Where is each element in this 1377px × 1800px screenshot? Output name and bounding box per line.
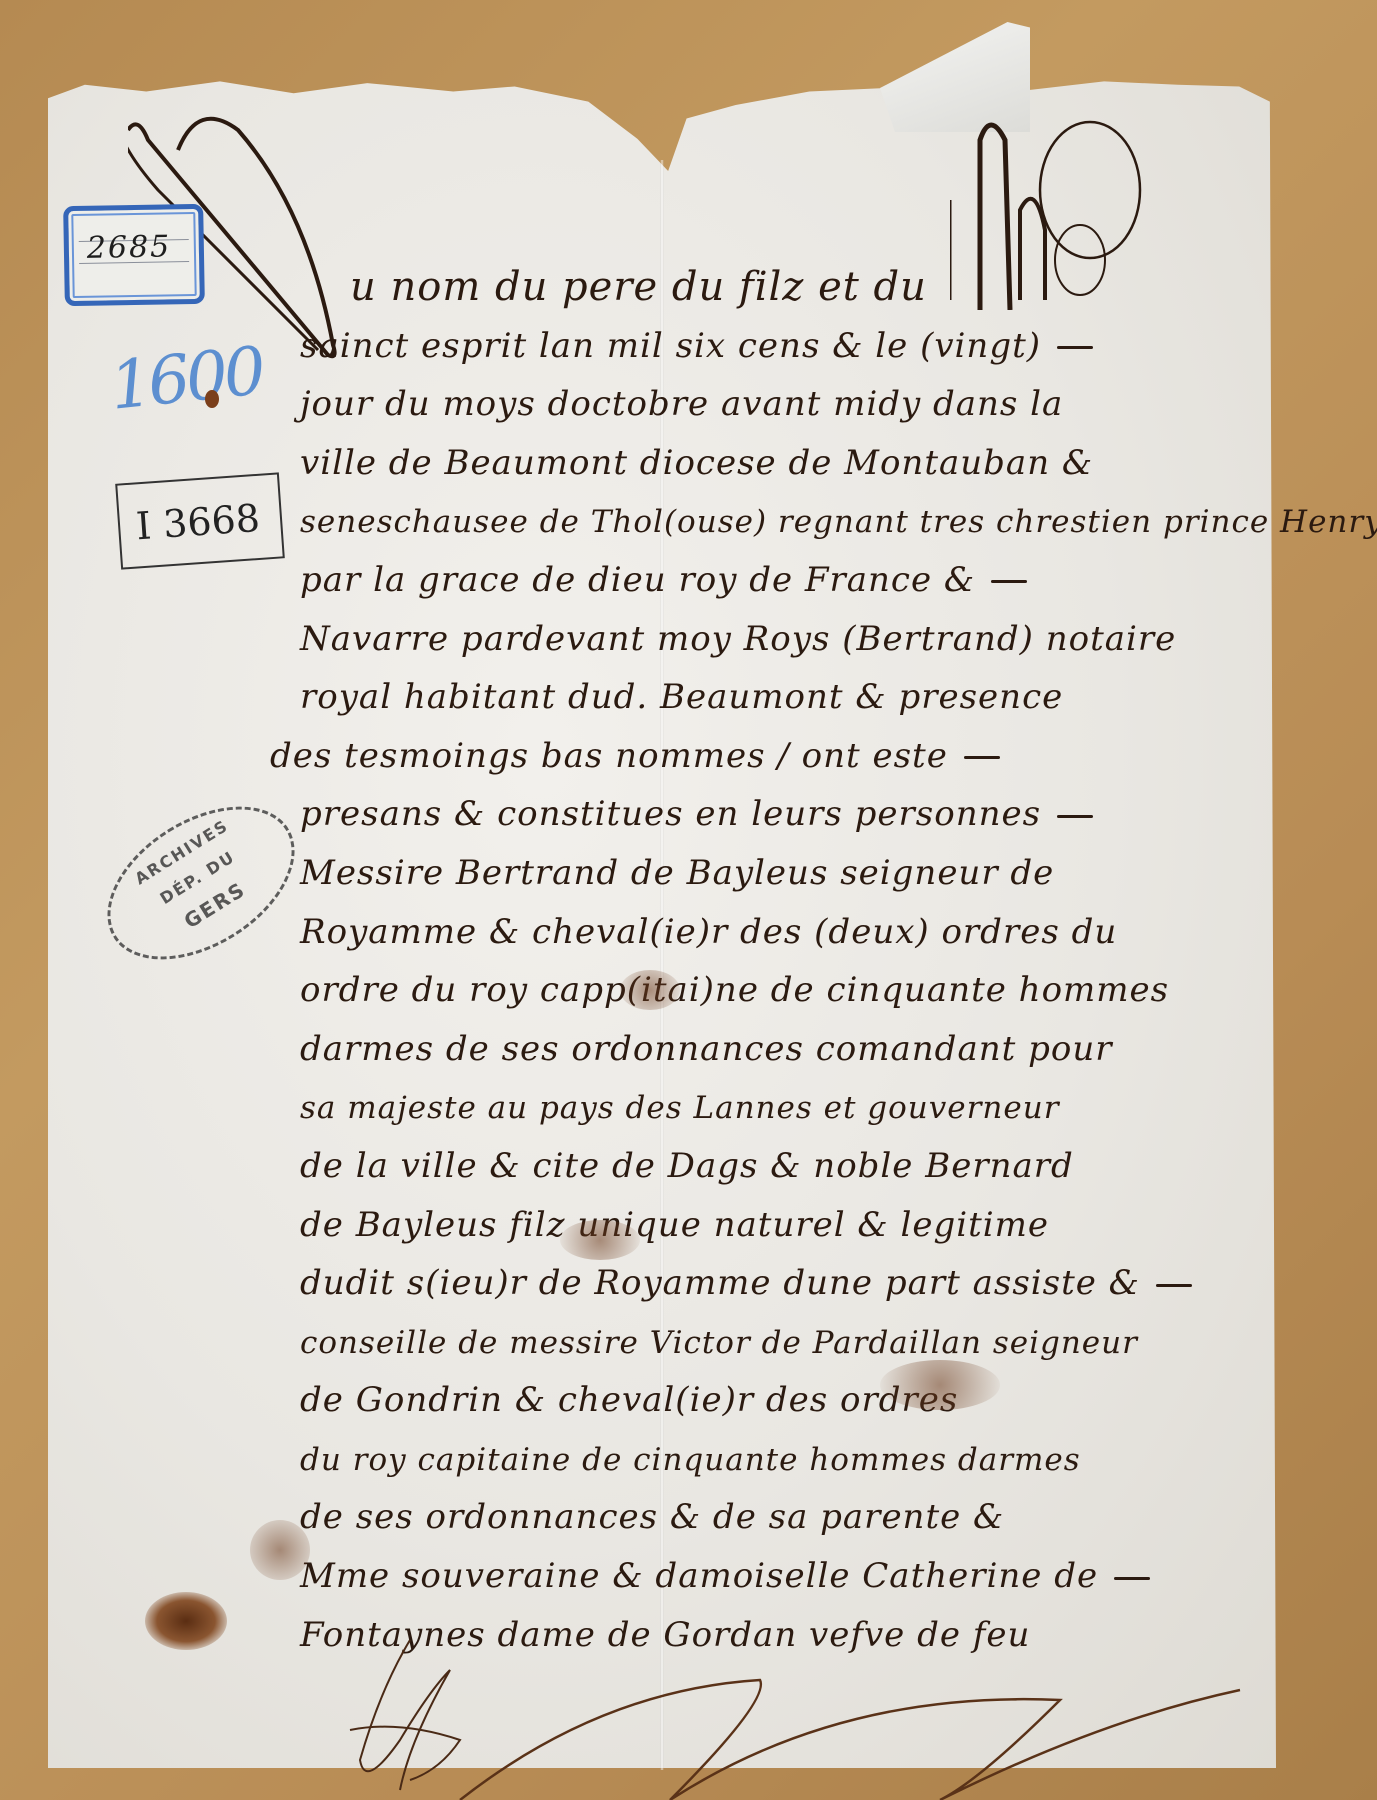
call-number-box: I 3668 [115,472,285,569]
line-text: ordre du roy capp(itai)ne de cinquante h… [300,970,1169,1010]
brown-stain [145,1592,227,1650]
text-line: sa majeste au pays des Lannes et gouvern… [300,1078,1260,1137]
line-text: par la grace de dieu roy de France & [300,560,975,600]
pencil-year-annotation: 1600 [106,332,265,424]
signature-flourish-icon [340,1630,1290,1800]
line-text: de Bayleus filz unique naturel & legitim… [300,1205,1049,1245]
text-line: seneschausee de Thol(ouse) regnant tres … [300,492,1260,551]
line-text: royal habitant dud. Beaumont & presence [300,677,1063,717]
text-line: sainct esprit lan mil six cens & le (vin… [300,317,1260,376]
text-line: du roy capitaine de cinquante hommes dar… [300,1430,1260,1489]
text-line: des tesmoings bas nommes / ont este [270,727,1260,786]
line-filler [1156,1284,1192,1287]
line-text: de ses ordonnances & de sa parente & [300,1497,1004,1537]
text-line: jour du moys doctobre avant midy dans la [300,375,1260,434]
call-number: I 3668 [135,496,262,549]
line-text: de Gondrin & cheval(ie)r des ordres [300,1380,958,1420]
line-text: dudit s(ieu)r de Royamme dune part assis… [300,1263,1140,1303]
line-text: ville de Beaumont diocese de Montauban & [300,443,1093,483]
ink-stain [560,1220,640,1260]
text-line: de la ville & cite de Dags & noble Berna… [300,1137,1260,1196]
line-filler [991,580,1027,583]
line-text: du roy capitaine de cinquante hommes dar… [300,1442,1081,1478]
text-line: Royamme & cheval(ie)r des (deux) ordres … [300,903,1260,962]
text-line: de Bayleus filz unique naturel & legitim… [300,1196,1260,1255]
ink-stain [250,1520,310,1580]
line-text: Messire Bertrand de Bayleus seigneur de [300,853,1054,893]
line-filler [1057,346,1093,349]
text-line: Mme souveraine & damoiselle Catherine de [300,1547,1260,1606]
line-text: conseille de messire Victor de Pardailla… [300,1325,1138,1361]
text-line: Navarre pardevant moy Roys (Bertrand) no… [300,610,1260,669]
line-text: sainct esprit lan mil six cens & le (vin… [300,326,1041,366]
manuscript-text: u nom du pere du filz et du sainct espri… [300,258,1260,1664]
line-text: darmes de ses ordonnances comandant pour [300,1029,1112,1069]
text-line: darmes de ses ordonnances comandant pour [300,1020,1260,1079]
text-line: Messire Bertrand de Bayleus seigneur de [300,844,1260,903]
text-line: conseille de messire Victor de Pardailla… [300,1313,1260,1372]
text-line: ville de Beaumont diocese de Montauban & [300,434,1260,493]
line-text: u nom du pere du filz et du [350,264,927,310]
ink-stain [620,970,680,1010]
text-line: dudit s(ieu)r de Royamme dune part assis… [300,1254,1260,1313]
text-line: de ses ordonnances & de sa parente & [300,1488,1260,1547]
line-text: de la ville & cite de Dags & noble Berna… [300,1146,1074,1186]
text-line: presans & constitues en leurs personnes [300,785,1260,844]
archive-number: 2685 [87,229,172,265]
line-text: Mme souveraine & damoiselle Catherine de [300,1556,1098,1596]
line-filler [1114,1577,1150,1580]
line-text: seneschausee de Thol(ouse) regnant tres … [300,504,1377,540]
line-text: Navarre pardevant moy Roys (Bertrand) no… [300,619,1176,659]
line-text: presans & constitues en leurs personnes [300,794,1041,834]
text-line: ordre du roy capp(itai)ne de cinquante h… [300,961,1260,1020]
line-filler [1057,815,1093,818]
line-text: jour du moys doctobre avant midy dans la [300,384,1063,424]
ink-stain [205,390,219,408]
text-line: par la grace de dieu roy de France & [300,551,1260,610]
archive-number-label: 2685 [63,204,205,306]
line-text: Royamme & cheval(ie)r des (deux) ordres … [300,912,1117,952]
line-filler [964,756,1000,759]
line-text: sa majeste au pays des Lannes et gouvern… [300,1090,1060,1126]
line-text: des tesmoings bas nommes / ont este [270,736,948,776]
ink-stain [880,1360,1000,1410]
text-line: royal habitant dud. Beaumont & presence [300,668,1260,727]
text-line: u nom du pere du filz et du [350,258,1260,317]
text-line: de Gondrin & cheval(ie)r des ordres [300,1371,1260,1430]
